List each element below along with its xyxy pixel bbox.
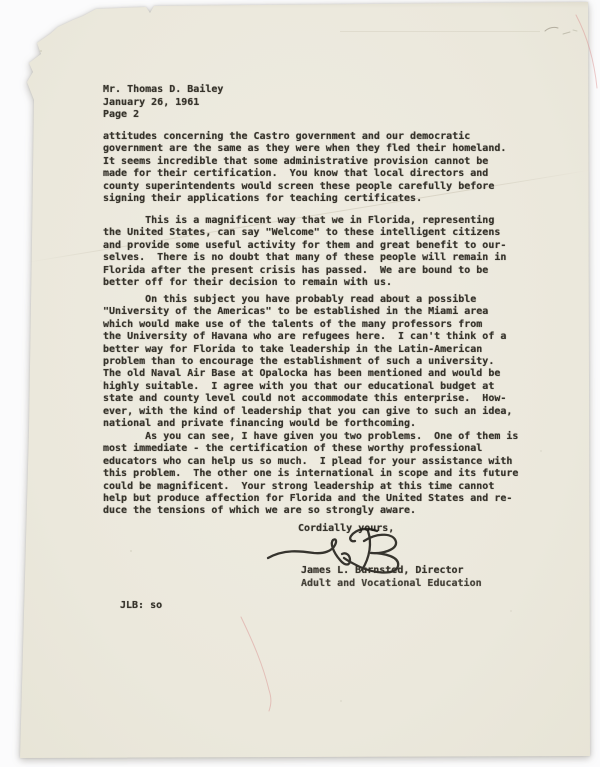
scanned-letter-page: Mr. Thomas D. Bailey January 26, 1961 Pa… xyxy=(0,0,600,767)
signer-name: James L. Burnsted, Director xyxy=(301,565,464,577)
body-paragraph-3: On this subject you have probably read a… xyxy=(103,294,512,430)
page-number-line: Page 2 xyxy=(103,109,139,121)
signer-title: Adult and Vocational Education xyxy=(301,578,482,590)
typist-initials: JLB: so xyxy=(120,600,162,612)
body-paragraph-4: As you can see, I have given you two pro… xyxy=(103,431,518,518)
body-paragraph-1: attitudes concerning the Castro governme… xyxy=(103,131,506,205)
complimentary-close: Cordially yours, xyxy=(298,523,394,535)
body-paragraph-2: This is a magnificent way that we in Flo… xyxy=(103,215,506,289)
recipient-line: Mr. Thomas D. Bailey xyxy=(103,84,223,96)
date-line: January 26, 1961 xyxy=(103,97,199,109)
